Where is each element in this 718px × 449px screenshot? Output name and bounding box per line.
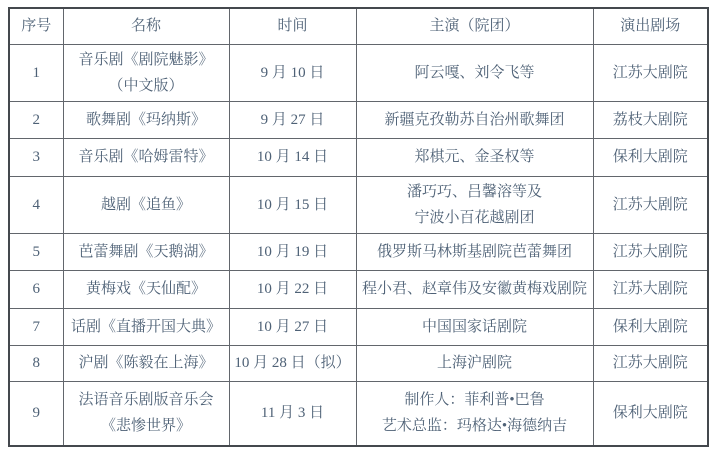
cell-cast: 新疆克孜勒苏自治州歌舞团	[356, 101, 593, 138]
cell-venue: 保利大剧院	[593, 381, 708, 446]
cell-date: 10 月 27 日	[229, 308, 356, 345]
cell-cast: 潘巧巧、吕馨溶等及 宁波小百花越剧团	[356, 176, 593, 233]
cell-name: 黄梅戏《天仙配》	[63, 270, 229, 308]
cell-name: 音乐剧《哈姆雷特》	[63, 138, 229, 176]
cell-no: 6	[9, 270, 63, 308]
table-row: 7 话剧《直播开国大典》 10 月 27 日 中国国家话剧院 保利大剧院	[9, 308, 708, 345]
cell-cast: 程小君、赵章伟及安徽黄梅戏剧院	[356, 270, 593, 308]
cell-name: 法语音乐剧版音乐会 《悲惨世界》	[63, 381, 229, 446]
column-header-venue: 演出剧场	[593, 8, 708, 44]
performance-table: 序号 名称 时间 主演（院团） 演出剧场 1 音乐剧《剧院魅影》 （中文版） 9…	[8, 7, 709, 447]
table-row: 8 沪剧《陈毅在上海》 10 月 28 日（拟） 上海沪剧院 江苏大剧院	[9, 345, 708, 381]
cell-name: 歌舞剧《玛纳斯》	[63, 101, 229, 138]
cell-no: 1	[9, 44, 63, 101]
cell-cast: 郑棋元、金圣权等	[356, 138, 593, 176]
cell-date: 10 月 14 日	[229, 138, 356, 176]
column-header-name: 名称	[63, 8, 229, 44]
cell-cast: 俄罗斯马林斯基剧院芭蕾舞团	[356, 233, 593, 270]
table-row: 2 歌舞剧《玛纳斯》 9 月 27 日 新疆克孜勒苏自治州歌舞团 荔枝大剧院	[9, 101, 708, 138]
cell-no: 2	[9, 101, 63, 138]
cell-date: 11 月 3 日	[229, 381, 356, 446]
cell-date: 10 月 19 日	[229, 233, 356, 270]
cell-name: 沪剧《陈毅在上海》	[63, 345, 229, 381]
cell-venue: 荔枝大剧院	[593, 101, 708, 138]
table-row: 6 黄梅戏《天仙配》 10 月 22 日 程小君、赵章伟及安徽黄梅戏剧院 江苏大…	[9, 270, 708, 308]
cell-date: 9 月 27 日	[229, 101, 356, 138]
cell-date: 10 月 28 日（拟）	[229, 345, 356, 381]
cell-no: 7	[9, 308, 63, 345]
cell-cast: 中国国家话剧院	[356, 308, 593, 345]
cell-cast: 制作人：菲利普•巴鲁 艺术总监：玛格达•海德纳吉	[356, 381, 593, 446]
cell-venue: 保利大剧院	[593, 308, 708, 345]
cell-date: 9 月 10 日	[229, 44, 356, 101]
cell-name: 芭蕾舞剧《天鹅湖》	[63, 233, 229, 270]
cell-name: 话剧《直播开国大典》	[63, 308, 229, 345]
column-header-no: 序号	[9, 8, 63, 44]
cell-date: 10 月 15 日	[229, 176, 356, 233]
table-row: 4 越剧《追鱼》 10 月 15 日 潘巧巧、吕馨溶等及 宁波小百花越剧团 江苏…	[9, 176, 708, 233]
cell-cast: 上海沪剧院	[356, 345, 593, 381]
cell-name: 越剧《追鱼》	[63, 176, 229, 233]
table-row: 3 音乐剧《哈姆雷特》 10 月 14 日 郑棋元、金圣权等 保利大剧院	[9, 138, 708, 176]
performance-schedule-page: 序号 名称 时间 主演（院团） 演出剧场 1 音乐剧《剧院魅影》 （中文版） 9…	[0, 0, 718, 449]
cell-venue: 江苏大剧院	[593, 270, 708, 308]
cell-no: 8	[9, 345, 63, 381]
cell-name: 音乐剧《剧院魅影》 （中文版）	[63, 44, 229, 101]
cell-no: 5	[9, 233, 63, 270]
column-header-date: 时间	[229, 8, 356, 44]
table-header-row: 序号 名称 时间 主演（院团） 演出剧场	[9, 8, 708, 44]
cell-no: 9	[9, 381, 63, 446]
cell-venue: 保利大剧院	[593, 138, 708, 176]
cell-venue: 江苏大剧院	[593, 233, 708, 270]
cell-venue: 江苏大剧院	[593, 345, 708, 381]
cell-no: 3	[9, 138, 63, 176]
cell-no: 4	[9, 176, 63, 233]
table-row: 9 法语音乐剧版音乐会 《悲惨世界》 11 月 3 日 制作人：菲利普•巴鲁 艺…	[9, 381, 708, 446]
cell-cast: 阿云嘎、刘令飞等	[356, 44, 593, 101]
table-row: 1 音乐剧《剧院魅影》 （中文版） 9 月 10 日 阿云嘎、刘令飞等 江苏大剧…	[9, 44, 708, 101]
cell-venue: 江苏大剧院	[593, 44, 708, 101]
column-header-cast: 主演（院团）	[356, 8, 593, 44]
cell-date: 10 月 22 日	[229, 270, 356, 308]
cell-venue: 江苏大剧院	[593, 176, 708, 233]
table-row: 5 芭蕾舞剧《天鹅湖》 10 月 19 日 俄罗斯马林斯基剧院芭蕾舞团 江苏大剧…	[9, 233, 708, 270]
